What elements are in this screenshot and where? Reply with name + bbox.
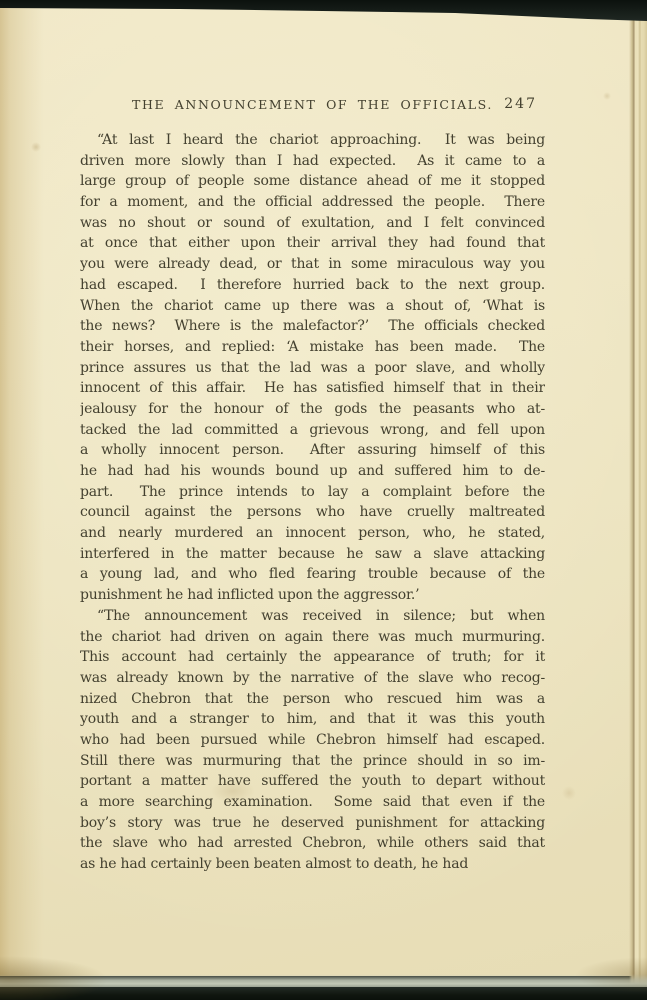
running-title: THE ANNOUNCEMENT OF THE OFFICIALS. (80, 97, 545, 112)
text-line: punishment he had inflicted upon the agg… (80, 585, 545, 606)
text-line: prince assures us that the lad was a poo… (80, 358, 545, 379)
text-line: Still there was murmuring that the princ… (80, 751, 545, 772)
text-line: This account had certainly the appearanc… (80, 647, 545, 668)
text-line: was already known by the narrative of th… (80, 668, 545, 689)
text-line: a young lad, and who fled fearing troubl… (80, 564, 545, 585)
page-number: 247 (504, 96, 537, 112)
text-line: boy’s story was true he deserved punishm… (80, 813, 545, 834)
text-line: at once that either upon their arrival t… (80, 233, 545, 254)
text-line: When the chariot came up there was a sho… (80, 296, 545, 317)
page-stack-edge-right (629, 0, 647, 1000)
text-line: part. The prince intends to lay a compla… (80, 482, 545, 503)
text-line: their horses, and replied: ‘A mistake ha… (80, 337, 545, 358)
book-page: THE ANNOUNCEMENT OF THE OFFICIALS. 247 “… (0, 6, 634, 976)
text-line: tacked the lad committed a grievous wron… (80, 420, 545, 441)
gutter-shadow (0, 6, 44, 976)
text-line: large group of people some distance ahea… (80, 171, 545, 192)
text-line: interfered in the matter because he saw … (80, 544, 545, 565)
scanned-book-photo: THE ANNOUNCEMENT OF THE OFFICIALS. 247 “… (0, 0, 647, 1000)
text-line: “The announcement was received in silenc… (80, 606, 545, 627)
book-binding-bottom (0, 987, 647, 1000)
text-line: you were already dead, or that in some m… (80, 254, 545, 275)
text-line: portant a matter have suffered the youth… (80, 771, 545, 792)
text-line: as he had certainly been beaten almost t… (80, 854, 545, 875)
text-line: who had been pursued while Chebron himse… (80, 730, 545, 751)
text-line: jealousy for the honour of the gods the … (80, 399, 545, 420)
page-text: “At last I heard the chariot approaching… (80, 130, 545, 875)
text-line: nized Chebron that the person who rescue… (80, 689, 545, 710)
page-header: THE ANNOUNCEMENT OF THE OFFICIALS. 247 (80, 97, 545, 115)
text-line: the chariot had driven on again there wa… (80, 627, 545, 648)
text-line: was no shout or sound of exultation, and… (80, 213, 545, 234)
text-line: the slave who had arrested Chebron, whil… (80, 833, 545, 854)
text-line: for a moment, and the official addressed… (80, 192, 545, 213)
text-line: the news? Where is the malefactor?’ The … (80, 316, 545, 337)
text-line: youth and a stranger to him, and that it… (80, 709, 545, 730)
text-line: a more searching examination. Some said … (80, 792, 545, 813)
text-line: driven more slowly than I had expected. … (80, 151, 545, 172)
text-line: council against the persons who have cru… (80, 502, 545, 523)
text-line: innocent of this affair. He has satisfie… (80, 378, 545, 399)
text-line: he had had his wounds bound up and suffe… (80, 461, 545, 482)
text-line: had escaped. I therefore hurried back to… (80, 275, 545, 296)
page-stack-edge-bottom (0, 974, 647, 988)
text-line: a wholly innocent person. After assuring… (80, 440, 545, 461)
text-line: and nearly murdered an innocent person, … (80, 523, 545, 544)
text-line: “At last I heard the chariot approaching… (80, 130, 545, 151)
